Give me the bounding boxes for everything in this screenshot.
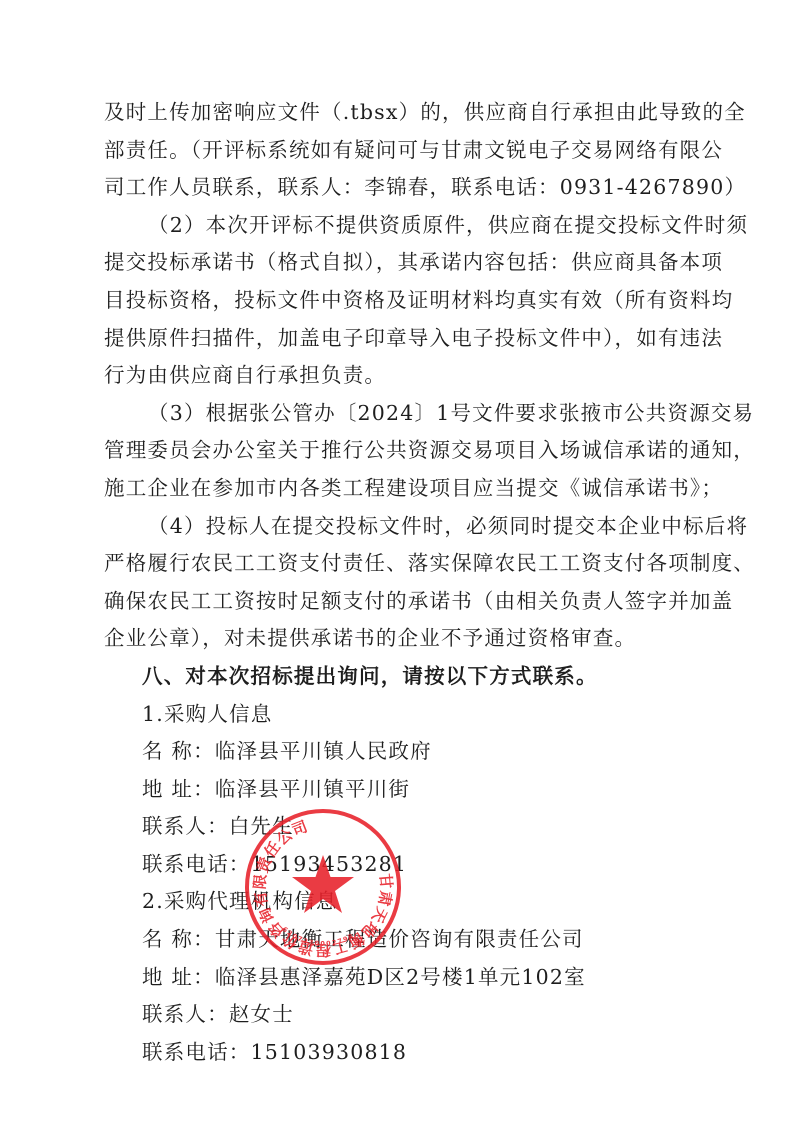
text-line: （4）投标人在提交投标文件时，必须同时提交本企业中标后将 — [104, 508, 690, 546]
text-line: 行为由供应商自行承担负责。 — [104, 357, 690, 395]
agency-address-row: 地 址：临泽县惠泽嘉苑D区2号楼1单元102室 — [142, 959, 690, 997]
purchaser-name-row: 名 称：临泽县平川镇人民政府 — [142, 733, 690, 771]
agency-contact: 赵女士 — [229, 1002, 294, 1026]
purchaser-phone: 15193453281 — [251, 852, 408, 876]
paragraph-item-4: （4）投标人在提交投标文件时，必须同时提交本企业中标后将 严格履行农民工工资支付… — [104, 508, 690, 658]
purchaser-name: 临泽县平川镇人民政府 — [215, 739, 432, 763]
section-heading: 八、对本次招标提出询问，请按以下方式联系。 — [104, 658, 690, 696]
text-line: 部责任。（开评标系统如有疑问可与甘肃文锐电子交易网络有限公 — [104, 132, 690, 170]
agency-name: 甘肃天地衡工程造价咨询有限责任公司 — [215, 927, 584, 951]
agency-name-row: 名 称：甘肃天地衡工程造价咨询有限责任公司 — [142, 921, 690, 959]
text-line: 目投标资格，投标文件中资格及证明材料均真实有效（所有资料均 — [104, 282, 690, 320]
paragraph-item-3: （3）根据张公管办〔2024〕1号文件要求张掖市公共资源交易 管理委员会办公室关… — [104, 395, 690, 508]
purchaser-contact-row: 联系人：白先生 — [142, 808, 690, 846]
purchaser-address-row: 地 址：临泽县平川镇平川街 — [142, 771, 690, 809]
text-line: 及时上传加密响应文件（.tbsx）的，供应商自行承担由此导致的全 — [104, 94, 690, 132]
text-line: 确保农民工工资按时足额支付的承诺书（由相关负责人签字并加盖 — [104, 583, 690, 621]
label: 联系电话： — [142, 1040, 251, 1064]
document-body: 及时上传加密响应文件（.tbsx）的，供应商自行承担由此导致的全 部责任。（开评… — [104, 94, 690, 1071]
label: 地 址： — [142, 965, 215, 989]
label: 联系人： — [142, 814, 229, 838]
text-line: 施工企业在参加市内各类工程建设项目应当提交《诚信承诺书》； — [104, 470, 690, 508]
text-line: 企业公章），对未提供承诺书的企业不予通过资格审查。 — [104, 620, 690, 658]
agency-phone: 15103930818 — [251, 1040, 408, 1064]
purchaser-phone-row: 联系电话：15193453281 — [142, 846, 690, 884]
label: 名 称： — [142, 927, 215, 951]
text-line: 提供原件扫描件，加盖电子印章导入电子投标文件中），如有违法 — [104, 320, 690, 358]
text-line: 提交投标承诺书（格式自拟），其承诺内容包括：供应商具备本项 — [104, 244, 690, 282]
label: 联系人： — [142, 1002, 229, 1026]
purchaser-address: 临泽县平川镇平川街 — [215, 777, 410, 801]
agency-title: 2.采购代理机构信息 — [142, 883, 690, 921]
agency-address: 临泽县惠泽嘉苑D区2号楼1单元102室 — [215, 965, 586, 989]
purchaser-title: 1.采购人信息 — [142, 696, 690, 734]
agency-phone-row: 联系电话：15103930818 — [142, 1034, 690, 1072]
paragraph-upload-notice: 及时上传加密响应文件（.tbsx）的，供应商自行承担由此导致的全 部责任。（开评… — [104, 94, 690, 207]
purchaser-contact: 白先生 — [229, 814, 294, 838]
text-line: 严格履行农民工工资支付责任、落实保障农民工工资支付各项制度、 — [104, 545, 690, 583]
text-line: （2）本次开评标不提供资质原件，供应商在提交投标文件时须 — [104, 207, 690, 245]
label: 地 址： — [142, 777, 215, 801]
text-line: （3）根据张公管办〔2024〕1号文件要求张掖市公共资源交易 — [104, 395, 690, 433]
agency-info: 2.采购代理机构信息 名 称：甘肃天地衡工程造价咨询有限责任公司 地 址：临泽县… — [104, 883, 690, 1071]
label: 名 称： — [142, 739, 215, 763]
paragraph-item-2: （2）本次开评标不提供资质原件，供应商在提交投标文件时须 提交投标承诺书（格式自… — [104, 207, 690, 395]
text-line: 司工作人员联系，联系人：李锦春，联系电话：0931-4267890） — [104, 169, 690, 207]
agency-contact-row: 联系人：赵女士 — [142, 996, 690, 1034]
document-page: 及时上传加密响应文件（.tbsx）的，供应商自行承担由此导致的全 部责任。（开评… — [0, 0, 793, 1122]
label: 联系电话： — [142, 852, 251, 876]
text-line: 管理委员会办公室关于推行公共资源交易项目入场诚信承诺的通知， — [104, 432, 690, 470]
purchaser-info: 1.采购人信息 名 称：临泽县平川镇人民政府 地 址：临泽县平川镇平川街 联系人… — [104, 696, 690, 884]
section-heading-text: 八、对本次招标提出询问，请按以下方式联系。 — [142, 658, 690, 696]
